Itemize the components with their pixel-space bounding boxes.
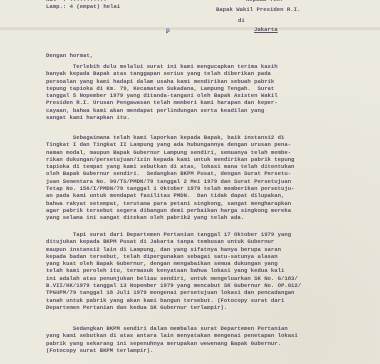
text-line: juan Sementara No. 90/TS/PMDN/79 tanggal… — [46, 178, 346, 185]
paragraph-1: Terlebih dulu melalui surat ini kami men… — [46, 63, 346, 121]
greeting: Dengan hormat, — [46, 52, 93, 59]
text-line: tanggal 5 Nopember 1979 yang ditanda-tan… — [46, 92, 346, 99]
addressee-preposition: di — [238, 17, 245, 24]
text-line: Terlebih dulu melalui surat ini kami men… — [46, 63, 346, 70]
text-line: yang kami sebutkan di atas antara lain m… — [46, 332, 346, 339]
text-line: ditujukan kepada BKPM Pusat di Jakarta t… — [46, 238, 346, 245]
text-line: rikan dukungan/persetujuan/izin kepada k… — [46, 156, 346, 163]
text-line: pabrik yang sekarang ini sepenuhnya meru… — [46, 340, 346, 347]
text-line: Departemen Pertanian dan kedua SK Gubern… — [46, 304, 346, 311]
text-line: Tingkat I dan Tingkat II Lampung yang ad… — [46, 141, 346, 148]
text-line: telah kami peroleh itu, termasuk kenyata… — [46, 267, 346, 274]
addressee-city: Jakarta — [254, 26, 278, 33]
text-line: tapioka di tempat yang kami sebutkan di … — [46, 163, 346, 170]
paragraph-2: Sebagaimana telah kami laporkan kepada B… — [46, 134, 346, 222]
text-line: (Fotocopy surat BKPM terlampir). — [46, 347, 346, 354]
text-line: agar pabrik tersebut segera dibangun dem… — [46, 207, 346, 214]
text-line: Sebagaimana telah kami laporkan kepada B… — [46, 134, 346, 141]
text-line: Tapi surat dari Departemen Pertanian tan… — [46, 231, 346, 238]
text-line: kepada badan tersebut, telah dipergunaka… — [46, 253, 346, 260]
text-line: Tetap No. 156/I/PMDN/79 tanggal 1 Oktobe… — [46, 185, 346, 192]
text-line: cayaan, bahwa kami akan mendapat perlind… — [46, 107, 346, 114]
attachment-line: Lamp.: 4 (empat) helai — [46, 3, 120, 10]
text-line: oleh Bapak Gubernur sendiri. Sedangkan B… — [46, 170, 346, 177]
text-line: Sedangkan BKPM sendiri dalam membalas su… — [46, 325, 346, 332]
text-line: ini adalah atas penunjukan beliau sendir… — [46, 275, 346, 282]
text-line: sangat kami harapkan itu. — [46, 114, 346, 121]
paragraph-4: Sedangkan BKPM sendiri dalam membalas su… — [46, 325, 346, 354]
text-line: Presiden R.I. Urusan Pengawasan telah me… — [46, 99, 346, 106]
text-line: yang kuat oleh Bapak Gubernur, dengan me… — [46, 260, 346, 267]
text-line: TPGUPM/79 tanggal 18 Juli 1979 mengenai … — [46, 289, 346, 296]
text-line: persoalan yang kami hadapi dalam usaha k… — [46, 78, 346, 85]
text-line: yang selama ini sangat ditekan oleh pabr… — [46, 214, 346, 221]
text-line: bahwa rakyat setempat, terutama para pet… — [46, 200, 346, 207]
paragraph-3: Tapi surat dari Departemen Pertanian tan… — [46, 231, 346, 311]
text-line: an pada kami untuk mendapat fasilitas PM… — [46, 192, 346, 199]
addressee-salutation: Kepada Yth. — [246, 0, 283, 3]
text-line: naman modal, maupun Bapak Gubernur Lampu… — [46, 149, 346, 156]
text-line: B.VII/HK/1979 tanggal 13 Nopember 1979 y… — [46, 282, 346, 289]
text-line: tanah untuk pabrik yang akan kami bangun… — [46, 297, 346, 304]
pen-mark: ꝑ — [166, 27, 170, 34]
text-line: maupun instansi2 lain di Lampung, dan ya… — [46, 246, 346, 253]
text-line: banyak kepada Bapak atas tanggapan seriu… — [46, 70, 346, 77]
text-line: tepung tapioka di Km. 79, Kecamatan Suka… — [46, 85, 346, 92]
addressee-name: Bapak Wakil Presiden R.I. — [216, 6, 300, 13]
